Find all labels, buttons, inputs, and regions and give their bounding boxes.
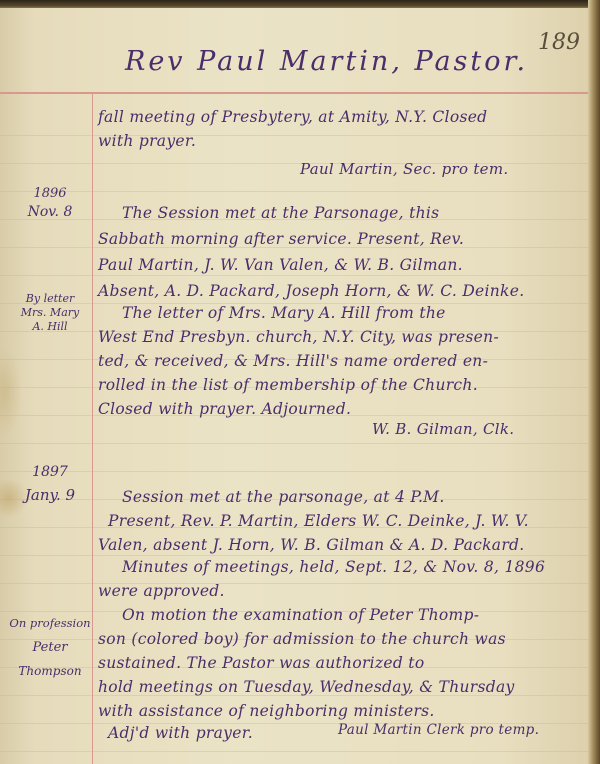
header-red-rule [0,92,590,94]
entry-line: Session met at the parsonage, at 4 P.M. [122,488,445,506]
margin-note: Mrs. Mary [5,306,95,319]
page-title: Rev Paul Martin, Pastor. [125,46,528,77]
page-number: 189 [538,30,580,55]
margin-year: 1897 [5,464,95,480]
margin-note: Thompson [5,664,95,678]
entry-line: fall meeting of Presbytery, at Amity, N.… [98,108,487,126]
entry-line: Closed with prayer. Adjourned. [98,400,351,418]
entry-line: Adj'd with prayer. [108,724,253,742]
margin-note: On profession [5,616,95,630]
entry-line: sustained. The Pastor was authorized to [98,654,424,672]
margin-date: Nov. 8 [5,204,95,220]
entry-line: Minutes of meetings, held, Sept. 12, & N… [122,558,545,576]
entry-line: West End Presbyn. church, N.Y. City, was… [98,328,499,346]
entry-line: Present, Rev. P. Martin, Elders W. C. De… [108,512,529,530]
ledger-page: Rev Paul Martin, Pastor. 189 fall meetin… [0,8,590,764]
margin-note: Peter [5,640,95,655]
entry-line: son (colored boy) for admission to the c… [98,630,506,648]
entry-line: The Session met at the Parsonage, this [122,204,439,222]
entry-line: with assistance of neighboring ministers… [98,702,435,720]
entry-signature: Paul Martin Clerk pro temp. [338,722,539,738]
entry-line: were approved. [98,582,225,600]
margin-note: By letter [5,292,95,305]
entry-line: Absent, A. D. Packard, Joseph Horn, & W.… [98,282,524,300]
entry-line: Paul Martin, J. W. Van Valen, & W. B. Gi… [98,256,463,274]
book-right-edge [588,0,600,764]
paper-stain [0,348,22,438]
entry-line: hold meetings on Tuesday, Wednesday, & T… [98,678,515,696]
entry-line: ted, & received, & Mrs. Hill's name orde… [98,352,488,370]
entry-line: Valen, absent J. Horn, W. B. Gilman & A.… [98,536,524,554]
margin-date: Jany. 9 [5,486,95,504]
margin-note: A. Hill [5,320,95,333]
entry-line: On motion the examination of Peter Thomp… [122,606,479,624]
entry-signature: Paul Martin, Sec. pro tem. [300,160,508,178]
entry-line: Sabbath morning after service. Present, … [98,230,464,248]
entry-line: with prayer. [98,132,196,150]
margin-year: 1896 [5,186,95,201]
entry-line: The letter of Mrs. Mary A. Hill from the [122,304,446,322]
entry-signature: W. B. Gilman, Clk. [372,420,514,438]
entry-line: rolled in the list of membership of the … [98,376,478,394]
